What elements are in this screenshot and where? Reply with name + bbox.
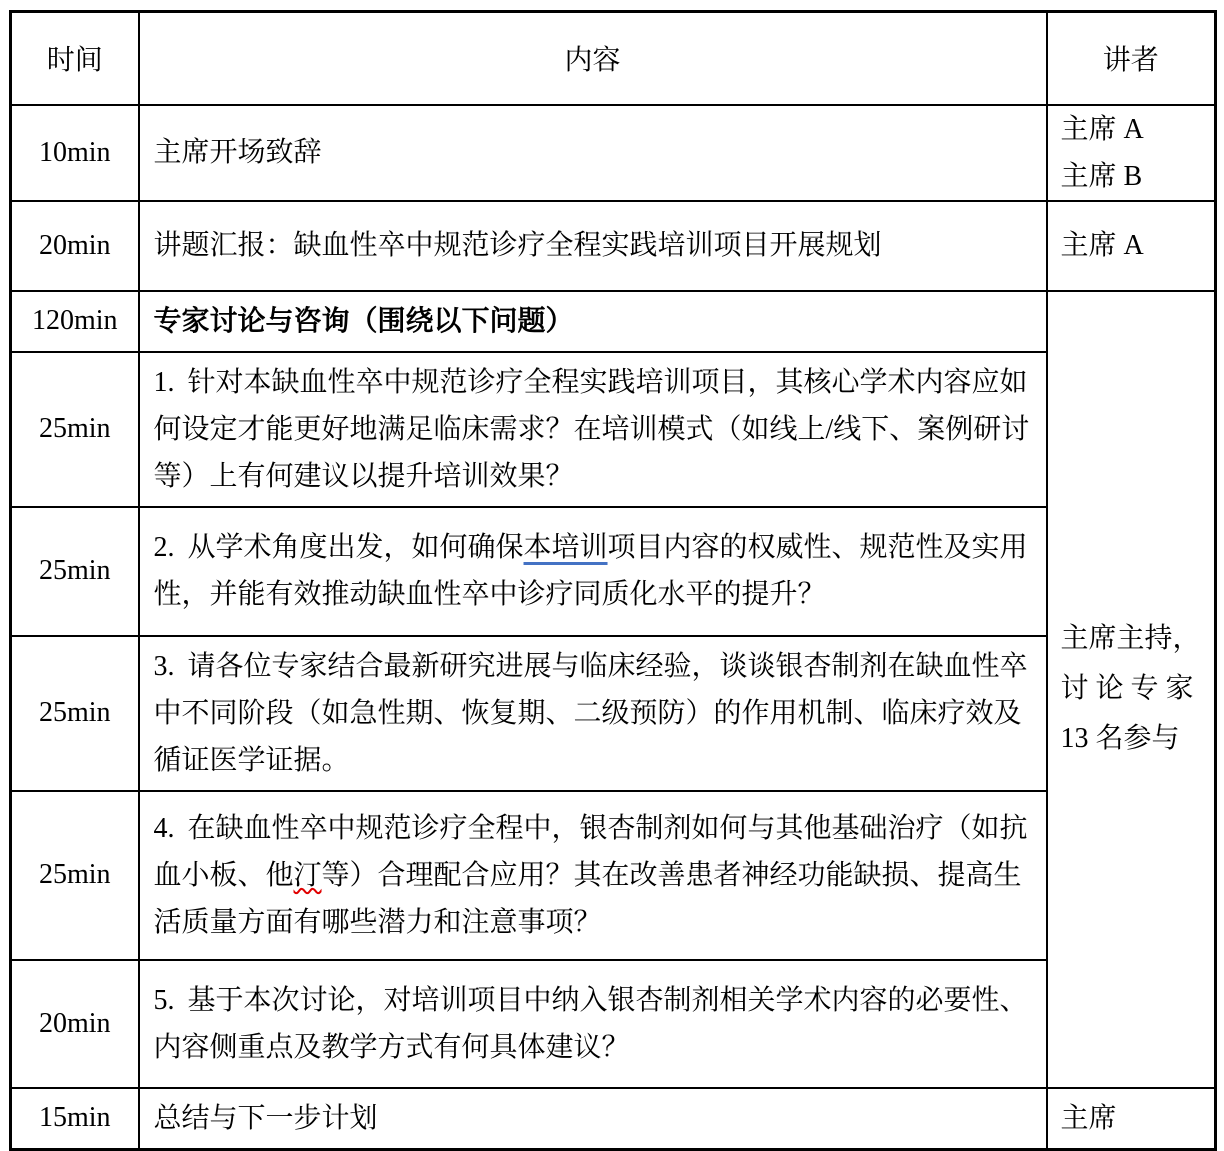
speaker-cell: 主席 [1047, 1088, 1216, 1150]
time-cell: 120min [11, 291, 139, 352]
agenda-table: 时间 内容 讲者 10min 主席开场致辞 主席 A 主席 B 20min 讲题… [9, 10, 1217, 1151]
content-cell: 3.请各位专家结合最新研究进展与临床经验，谈谈银杏制剂在缺血性卒中不同阶段（如急… [139, 636, 1047, 791]
item-number: 4. [154, 805, 175, 852]
content-cell: 2.从学术角度出发，如何确保本培训项目内容的权威性、规范性及实用性，并能有效推动… [139, 507, 1047, 636]
content-cell: 专家讨论与咨询（围绕以下问题） [139, 291, 1047, 352]
speaker-line: 主席 A [1061, 106, 1211, 153]
table-row: 25min 3.请各位专家结合最新研究进展与临床经验，谈谈银杏制剂在缺血性卒中不… [11, 636, 1216, 791]
table-row: 120min 专家讨论与咨询（围绕以下问题） 主席主持， 讨 论 专 家 13 … [11, 291, 1216, 352]
content-cell: 总结与下一步计划 [139, 1088, 1047, 1150]
content-text: 针对本缺血性卒中规范诊疗全程实践培训项目，其核心学术内容应如何设定才能更好地满足… [154, 367, 1030, 492]
table-row: 25min 4.在缺血性卒中规范诊疗全程中，银杏制剂如何与其他基础治疗（如抗血小… [11, 791, 1216, 960]
speaker-line: 讨 论 专 家 [1061, 664, 1211, 714]
speaker-line: 主席 B [1061, 153, 1211, 200]
table-row: 25min 1.针对本缺血性卒中规范诊疗全程实践培训项目，其核心学术内容应如何设… [11, 352, 1216, 507]
content-text: 基于本次讨论，对培训项目中纳入银杏制剂相关学术内容的必要性、内容侧重点及教学方式… [154, 985, 1028, 1063]
time-cell: 25min [11, 636, 139, 791]
item-number: 2. [154, 524, 175, 571]
speaker-line: 13 名参与 [1061, 714, 1211, 764]
content-text-blue-underlined: 本培训 [524, 532, 608, 563]
time-cell: 20min [11, 960, 139, 1088]
speaker-cell: 主席 A [1047, 201, 1216, 291]
time-cell: 20min [11, 201, 139, 291]
time-cell: 25min [11, 352, 139, 507]
content-text: 请各位专家结合最新研究进展与临床经验，谈谈银杏制剂在缺血性卒中不同阶段（如急性期… [154, 651, 1028, 776]
table-header-row: 时间 内容 讲者 [11, 12, 1216, 105]
item-number: 3. [154, 643, 175, 690]
time-cell: 25min [11, 791, 139, 960]
time-cell: 25min [11, 507, 139, 636]
col-header-time: 时间 [11, 12, 139, 105]
col-header-content: 内容 [139, 12, 1047, 105]
table-row: 10min 主席开场致辞 主席 A 主席 B [11, 105, 1216, 201]
item-number: 5. [154, 977, 175, 1024]
content-text: 从学术角度出发，如何确保 [188, 532, 524, 563]
table-row: 15min 总结与下一步计划 主席 [11, 1088, 1216, 1150]
speaker-cell-merged: 主席主持， 讨 论 专 家 13 名参与 [1047, 291, 1216, 1088]
table-row: 25min 2.从学术角度出发，如何确保本培训项目内容的权威性、规范性及实用性，… [11, 507, 1216, 636]
time-cell: 10min [11, 105, 139, 201]
content-cell: 5.基于本次讨论，对培训项目中纳入银杏制剂相关学术内容的必要性、内容侧重点及教学… [139, 960, 1047, 1088]
time-cell: 15min [11, 1088, 139, 1150]
content-text-spellcheck: 汀 [294, 860, 322, 891]
table-row: 20min 5.基于本次讨论，对培训项目中纳入银杏制剂相关学术内容的必要性、内容… [11, 960, 1216, 1088]
table-row: 20min 讲题汇报：缺血性卒中规范诊疗全程实践培训项目开展规划 主席 A [11, 201, 1216, 291]
speaker-cell: 主席 A 主席 B [1047, 105, 1216, 201]
content-cell: 1.针对本缺血性卒中规范诊疗全程实践培训项目，其核心学术内容应如何设定才能更好地… [139, 352, 1047, 507]
speaker-line: 主席主持， [1061, 614, 1211, 664]
document-page: 时间 内容 讲者 10min 主席开场致辞 主席 A 主席 B 20min 讲题… [0, 0, 1224, 1126]
content-cell: 讲题汇报：缺血性卒中规范诊疗全程实践培训项目开展规划 [139, 201, 1047, 291]
col-header-speaker: 讲者 [1047, 12, 1216, 105]
content-cell: 4.在缺血性卒中规范诊疗全程中，银杏制剂如何与其他基础治疗（如抗血小板、他汀等）… [139, 791, 1047, 960]
content-cell: 主席开场致辞 [139, 105, 1047, 201]
item-number: 1. [154, 359, 175, 406]
